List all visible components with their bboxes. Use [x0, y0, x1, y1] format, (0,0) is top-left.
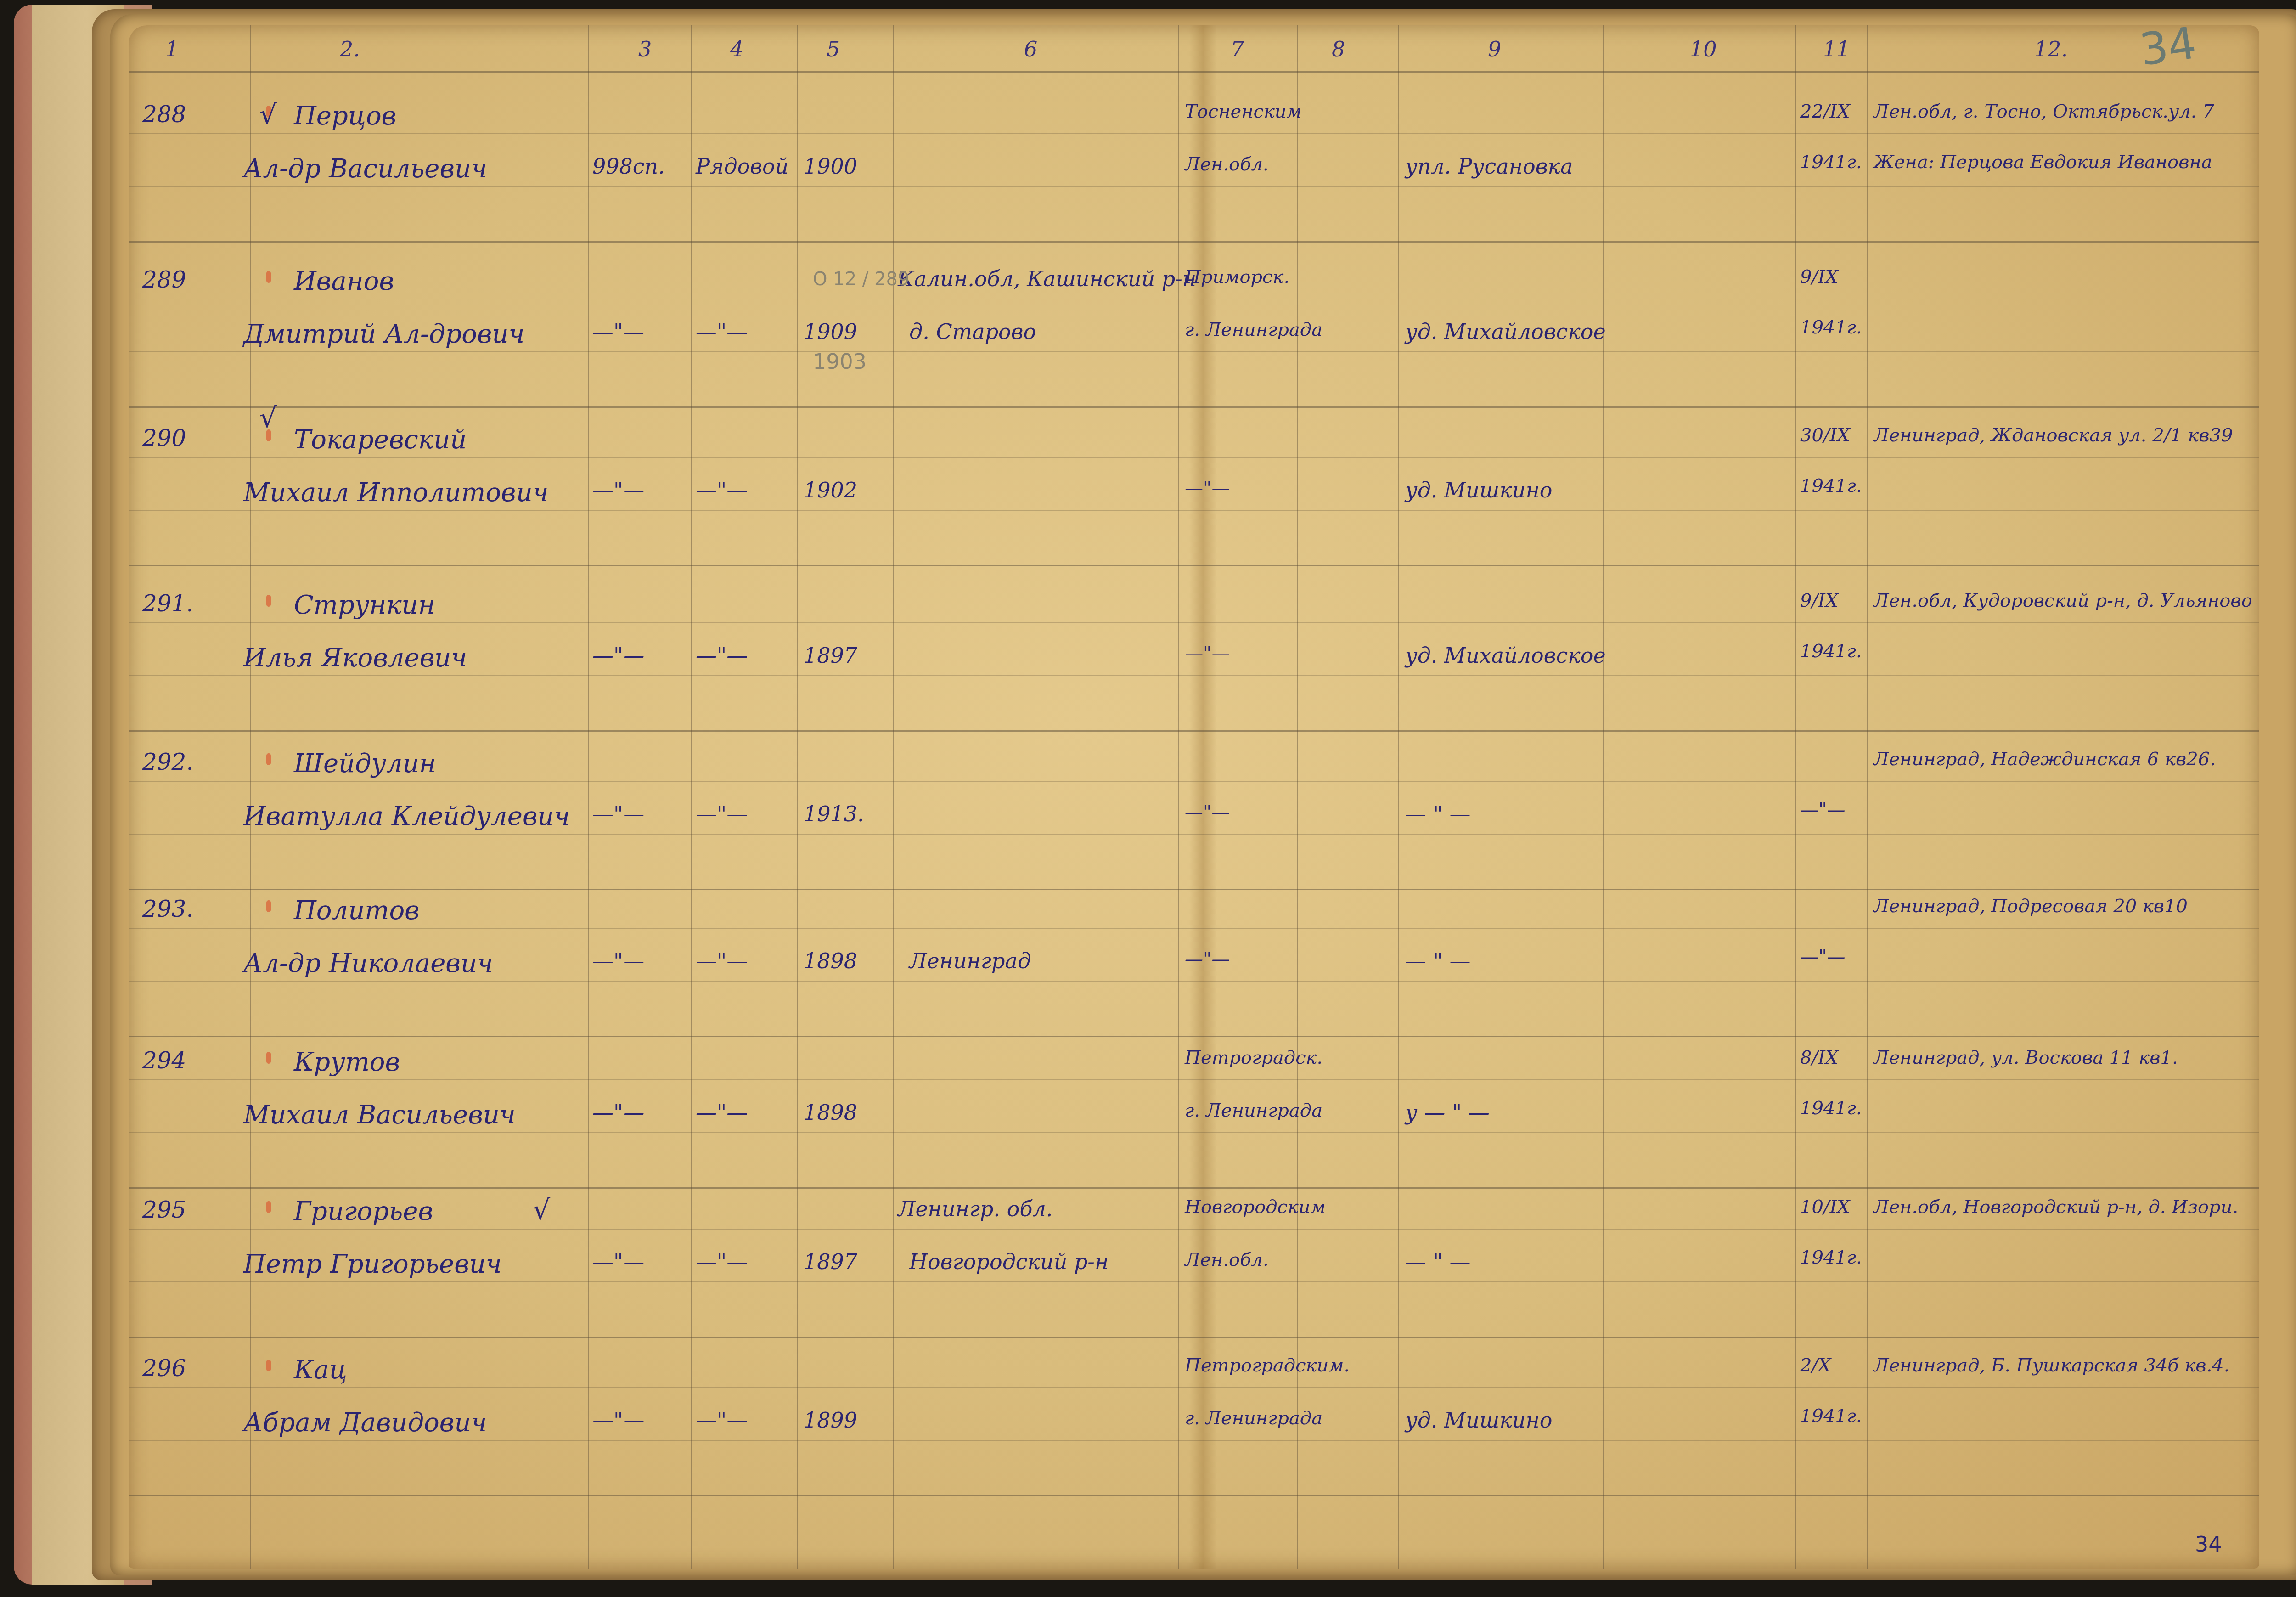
unit: —"— — [592, 1100, 644, 1125]
birthplace-line1: Калин.обл, Кашинский р-н — [898, 266, 1196, 291]
date-line1: 8/IX — [1800, 1047, 1838, 1068]
entry-number: 289 — [142, 266, 186, 293]
birth-year: 1898 — [804, 948, 857, 973]
conscripted-by-line1: Петроградским. — [1185, 1355, 1350, 1376]
pencil-annotation: О 12 / 289 — [813, 269, 909, 290]
date-line1: 10/IX — [1800, 1196, 1850, 1218]
place-of-death: уд. Мишкино — [1405, 1408, 1552, 1433]
entry-number: 294 — [142, 1047, 186, 1074]
given-name-patronymic: Ал-др Николаевич — [243, 948, 493, 978]
place-of-death: у — " — — [1405, 1100, 1490, 1125]
place-of-death: — " — — [1405, 1249, 1470, 1274]
entry-number: 293. — [142, 896, 193, 922]
conscripted-by-line2: г. Ленинграда — [1185, 319, 1322, 340]
surname: Григорьев — [294, 1196, 433, 1226]
birthplace-line2: Ленинград — [909, 948, 1031, 973]
entry-number: 291. — [142, 590, 193, 617]
ruled-line — [129, 299, 2259, 299]
address-line1: Ленинград, Подресовая 20 кв10 — [1874, 896, 2188, 917]
unit: —"— — [592, 1249, 644, 1274]
check-mark-icon: √ — [533, 1194, 550, 1226]
check-mark-icon: √ — [259, 402, 277, 434]
rank: Рядовой — [696, 154, 788, 179]
ruled-line — [129, 981, 2259, 982]
rank: —"— — [696, 319, 748, 344]
date-year: 1941г. — [1800, 1405, 1862, 1427]
conscripted-by-line1: Тосненским — [1185, 101, 1302, 122]
unit: —"— — [592, 643, 644, 668]
place-of-death: уд. Мишкино — [1405, 478, 1552, 502]
conscripted-by-line2: —"— — [1185, 478, 1230, 499]
address-line1: Лен.обл, Кудоровский р-н, д. Ульяново — [1874, 590, 2252, 611]
date-year: 1941г. — [1800, 1098, 1862, 1119]
surname: Токаревский — [294, 425, 467, 455]
rank: —"— — [696, 1249, 748, 1274]
red-pencil-mark — [266, 271, 271, 283]
ruled-line — [129, 351, 2259, 352]
birth-year: 1913. — [804, 801, 864, 826]
entry-number: 295 — [142, 1196, 186, 1223]
unit: —"— — [592, 478, 644, 502]
date-line1: 22/IX — [1800, 101, 1850, 122]
date-year: —"— — [1800, 799, 1845, 820]
birth-year: 1902 — [804, 478, 857, 502]
given-name-patronymic: Иватулла Клейдулевич — [243, 801, 570, 831]
column-header-10: 10 — [1690, 37, 1717, 62]
rank: —"— — [696, 478, 748, 502]
red-pencil-mark — [266, 753, 271, 765]
ruled-line — [129, 730, 2259, 732]
address-line1: Ленинград, Надеждинская 6 кв26. — [1874, 749, 2216, 770]
column-header-3: 3 — [638, 37, 652, 62]
date-year: —"— — [1800, 946, 1845, 967]
ledger-entry-row: 292.ШейдулинИватулла Клейдулевич—"——"—19… — [129, 742, 2259, 900]
red-pencil-mark — [266, 595, 271, 607]
archive-page-number: 34 — [2137, 25, 2200, 76]
address-line1: Ленинград, Б. Пушкарская 34б кв.4. — [1874, 1355, 2230, 1376]
date-year: 1941г. — [1800, 1247, 1862, 1268]
surname: Стрункин — [294, 590, 435, 620]
conscripted-by-line1: Петроградск. — [1185, 1047, 1322, 1068]
surname: Кац — [294, 1355, 347, 1385]
unit: —"— — [592, 948, 644, 973]
entry-number: 292. — [142, 749, 193, 775]
ruled-line — [129, 510, 2259, 511]
address-line1: Лен.обл, Новгородский р-н, д. Изори. — [1874, 1196, 2238, 1218]
conscripted-by-line2: —"— — [1185, 801, 1230, 823]
ruled-line — [129, 133, 2259, 134]
date-line1: 2/X — [1800, 1355, 1831, 1376]
column-header-2: 2. — [340, 37, 360, 62]
rank: —"— — [696, 643, 748, 668]
rank: —"— — [696, 801, 748, 826]
ruled-line — [129, 1387, 2259, 1388]
given-name-patronymic: Дмитрий Ал-дрович — [243, 319, 524, 349]
given-name-patronymic: Илья Яковлевич — [243, 643, 467, 673]
rank: —"— — [696, 1100, 748, 1125]
address-line1: Ленинград, ул. Воскова 11 кв1. — [1874, 1047, 2178, 1068]
ruled-line — [129, 1495, 2259, 1496]
date-year: 1941г. — [1800, 475, 1862, 497]
given-name-patronymic: Михаил Ипполитович — [243, 478, 549, 508]
place-of-death: — " — — [1405, 948, 1470, 973]
place-of-death: — " — — [1405, 801, 1470, 826]
conscripted-by-line2: г. Ленинграда — [1185, 1100, 1322, 1121]
ruled-line — [129, 1337, 2259, 1338]
column-header-8: 8 — [1332, 37, 1345, 62]
unit: —"— — [592, 801, 644, 826]
ruled-line — [129, 1281, 2259, 1282]
column-header-5: 5 — [827, 37, 840, 62]
place-of-death: уд. Михайловское — [1405, 643, 1606, 668]
ruled-line — [129, 834, 2259, 835]
ruled-line — [129, 1187, 2259, 1189]
given-name-patronymic: Ал-др Васильевич — [243, 154, 487, 184]
surname: Иванов — [294, 266, 394, 296]
ruled-line — [129, 406, 2259, 408]
address-line1: Ленинград, Ждановская ул. 2/1 кв39 — [1874, 425, 2233, 446]
column-header-12: 12. — [2034, 37, 2068, 62]
unit: 998сп. — [592, 154, 665, 179]
date-year: 1941г. — [1800, 641, 1862, 662]
ruled-line — [129, 1229, 2259, 1230]
red-pencil-mark — [266, 1360, 271, 1371]
conscripted-by-line1: Приморск. — [1185, 266, 1289, 288]
birth-year: 1899 — [804, 1408, 857, 1433]
given-name-patronymic: Петр Григорьевич — [243, 1249, 502, 1279]
ruled-line — [129, 457, 2259, 458]
birthplace-line2: д. Старово — [909, 319, 1036, 344]
ledger-entry-row: √295ГригорьевПетр Григорьевич—"——"—1897Л… — [129, 1190, 2259, 1348]
column-header-1: 1 — [165, 37, 179, 62]
surname: Перцов — [294, 101, 396, 131]
ruled-line — [129, 1079, 2259, 1080]
page-number-bottom: 34 — [2195, 1532, 2222, 1557]
entry-number: 290 — [142, 425, 186, 451]
ledger-page: 12.3456789101112. √288ПерцовАл-др Василь… — [129, 25, 2259, 1569]
ledger-entry-row: √290ТокаревскийМихаил Ипполитович—"——"—1… — [129, 418, 2259, 576]
rank: —"— — [696, 1408, 748, 1433]
red-pencil-mark — [266, 1201, 271, 1213]
birthplace-line1: Ленингр. обл. — [898, 1196, 1052, 1221]
given-name-patronymic: Абрам Давидович — [243, 1408, 487, 1438]
birth-year: 1898 — [804, 1100, 857, 1125]
entry-number: 296 — [142, 1355, 186, 1382]
ledger-entry-row: 293.ПолитовАл-др Николаевич—"——"—1898Лен… — [129, 889, 2259, 1047]
ledger-entry-row: √288ПерцовАл-др Васильевич998сп.Рядовой1… — [129, 94, 2259, 253]
ruled-line — [129, 1036, 2259, 1037]
ledger-entry-row: 291.СтрункинИлья Яковлевич—"——"—1897—"—у… — [129, 583, 2259, 742]
pencil-year-correction: 1903 — [813, 349, 867, 374]
red-pencil-mark — [266, 900, 271, 912]
ruled-line — [129, 241, 2259, 243]
ruled-line — [129, 675, 2259, 676]
conscripted-by-line2: Лен.обл. — [1185, 1249, 1269, 1270]
check-mark-icon: √ — [259, 99, 277, 131]
conscripted-by-line2: Лен.обл. — [1185, 154, 1269, 175]
date-line1: 30/IX — [1800, 425, 1850, 446]
rank: —"— — [696, 948, 748, 973]
date-year: 1941г. — [1800, 317, 1862, 338]
ledger-entry-row: 296КацАбрам Давидович—"——"—1899Петроград… — [129, 1348, 2259, 1507]
ruled-line — [129, 781, 2259, 782]
date-line1: 9/IX — [1800, 590, 1838, 611]
conscripted-by-line2: —"— — [1185, 643, 1230, 664]
ruled-line — [129, 565, 2259, 566]
column-header-9: 9 — [1488, 37, 1501, 62]
column-header-6: 6 — [1024, 37, 1037, 62]
column-header-4: 4 — [730, 37, 743, 62]
surname: Политов — [294, 896, 420, 925]
ledger-book-scan: 12.3456789101112. √288ПерцовАл-др Василь… — [0, 0, 2296, 1597]
ruled-line — [129, 186, 2259, 187]
surname: Шейдулин — [294, 749, 436, 779]
place-of-death: уд. Михайловское — [1405, 319, 1606, 344]
red-pencil-mark — [266, 1052, 271, 1064]
ledger-entry-row: 289ИвановДмитрий Ал-дрович—"——"—1909Кали… — [129, 260, 2259, 418]
entry-number: 288 — [142, 101, 186, 128]
birth-year: 1900 — [804, 154, 857, 179]
birth-year: 1909 — [804, 319, 857, 344]
unit: —"— — [592, 1408, 644, 1433]
column-header-7: 7 — [1231, 37, 1244, 62]
date-year: 1941г. — [1800, 152, 1862, 173]
unit: —"— — [592, 319, 644, 344]
ruled-line — [129, 622, 2259, 623]
birth-year: 1897 — [804, 643, 857, 668]
ruled-line — [129, 928, 2259, 929]
birthplace-line2: Новгородский р-н — [909, 1249, 1109, 1274]
ruled-line — [129, 1132, 2259, 1133]
birth-year: 1897 — [804, 1249, 857, 1274]
ruled-line — [129, 1440, 2259, 1441]
place-of-death: упл. Русановка — [1405, 154, 1573, 179]
address-line1: Лен.обл, г. Тосно, Октябрьск.ул. 7 — [1874, 101, 2214, 122]
surname: Крутов — [294, 1047, 400, 1077]
address-line2: Жена: Перцова Евдокия Ивановна — [1874, 152, 2212, 173]
conscripted-by-line1: Новгородским — [1185, 1196, 1326, 1218]
column-header-11: 11 — [1823, 37, 1850, 62]
date-line1: 9/IX — [1800, 266, 1838, 288]
conscripted-by-line2: г. Ленинграда — [1185, 1408, 1322, 1429]
ledger-entry-row: 294КрутовМихаил Васильевич—"——"—1898Петр… — [129, 1040, 2259, 1199]
header-rule — [129, 71, 2259, 73]
conscripted-by-line2: —"— — [1185, 948, 1230, 970]
given-name-patronymic: Михаил Васильевич — [243, 1100, 516, 1130]
